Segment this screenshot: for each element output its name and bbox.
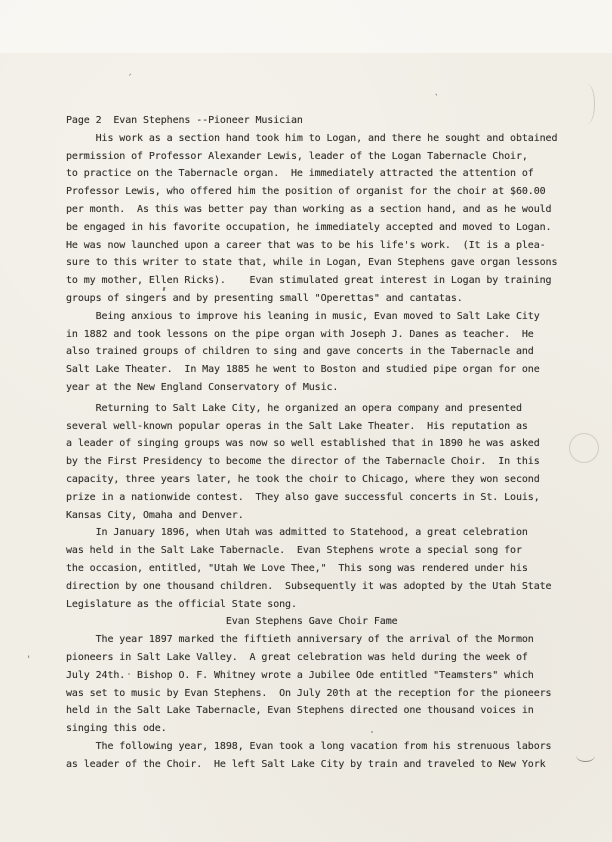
text-line: The following year, 1898, Evan took a lo… [66,738,566,756]
section-heading: Evan Stephens Gave Choir Fame [66,613,566,631]
text-line: the occasion, entitled, "Utah We Love Th… [66,560,566,578]
text-line: a leader of singing groups was now so we… [66,435,566,453]
scan-tick-mark: ' [26,656,31,665]
text-line: to my mother, Ellen Ricks). Evan stimula… [66,272,566,290]
paper-speck [128,673,130,675]
text-line: July 24th. Bishop O. F. Whitney wrote a … [66,667,566,685]
text-line: be engaged in his favorite occupation, h… [66,219,566,237]
text-line: Returning to Salt Lake City, he organize… [66,400,566,418]
text-line: In January 1896, when Utah was admitted … [66,524,566,542]
paper-speck [371,731,373,733]
scan-tick-mark: ´ [127,75,132,84]
text-line: Legislature as the official State song. [66,596,566,614]
text-line: prize in a nationwide contest. They also… [66,489,566,507]
text-line: by the First Presidency to become the di… [66,453,566,471]
text-line: per month. As this was better pay than w… [66,201,566,219]
scan-ring-artifact [569,433,599,463]
typewritten-text-block: Page 2 Evan Stephens --Pioneer Musician … [66,112,566,773]
text-line: was held in the Salt Lake Tabernacle. Ev… [66,542,566,560]
text-line: also trained groups of children to sing … [66,343,566,361]
text-line: in 1882 and took lessons on the pipe org… [66,326,566,344]
text-line: He was now launched upon a career that w… [66,237,566,255]
text-line: to practice on the Tabernacle organ. He … [66,165,566,183]
text-line: sure to this writer to state that, while… [66,254,566,272]
text-line: Salt Lake Theater. In May 1885 he went t… [66,361,566,379]
text-line: singing this ode. [66,720,566,738]
text-line: Being anxious to improve his leaning in … [66,308,566,326]
page-header-line: Page 2 Evan Stephens --Pioneer Musician [66,112,566,130]
text-line: groups of singers and by presenting smal… [66,290,566,308]
text-line: Professor Lewis, who offered him the pos… [66,183,566,201]
text-line: pioneers in Salt Lake Valley. A great ce… [66,649,566,667]
text-line: Kansas City, Omaha and Denver. [66,507,566,525]
scan-edge-artifact [580,84,595,124]
paper-speck [536,440,538,442]
text-line: several well-known popular operas in the… [66,418,566,436]
text-line: was set to music by Evan Stephens. On Ju… [66,685,566,703]
text-line: as leader of the Choir. He left Salt Lak… [66,756,566,774]
text-line: permission of Professor Alexander Lewis,… [66,148,566,166]
text-line: capacity, three years later, he took the… [66,471,566,489]
text-line: The year 1897 marked the fiftieth annive… [66,631,566,649]
scan-curve-artifact [576,749,595,762]
scan-tick-mark: ` [434,95,439,104]
text-line: held in the Salt Lake Tabernacle, Evan S… [66,702,566,720]
text-line: His work as a section hand took him to L… [66,130,566,148]
page-top-edge [0,0,612,53]
text-line: direction by one thousand children. Subs… [66,578,566,596]
text-line: year at the New England Conservatory of … [66,379,566,397]
scanned-page: Page 2 Evan Stephens --Pioneer Musician … [0,0,612,842]
